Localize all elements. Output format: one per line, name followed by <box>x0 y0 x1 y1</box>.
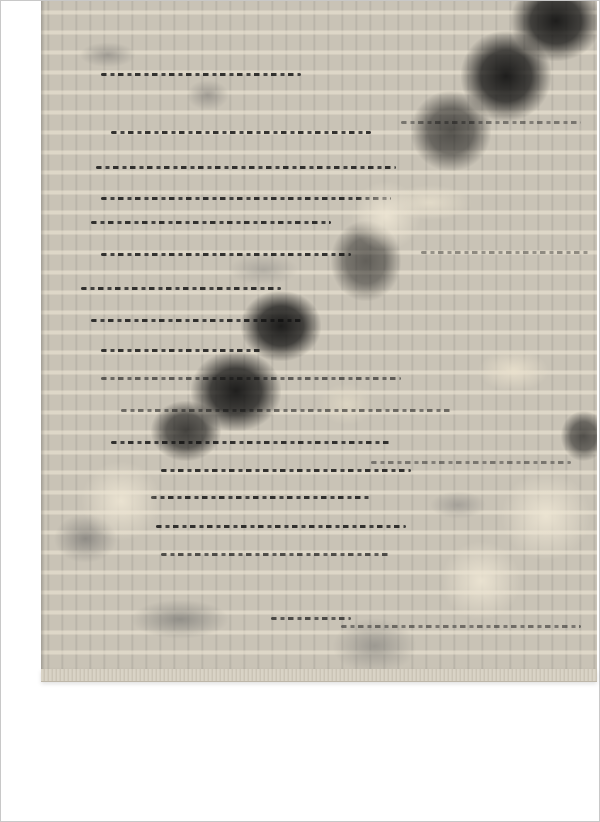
rug-cream-highlight <box>351 181 421 251</box>
rug-corner-photo <box>41 1 597 673</box>
rug-streak <box>156 525 406 528</box>
rug-left-edge <box>41 1 45 673</box>
rug-streak <box>371 461 571 464</box>
image-frame: Close-up product photo of the bottom-lef… <box>0 0 600 822</box>
rug-streak <box>101 197 391 200</box>
rug-streak <box>161 553 391 556</box>
rug-streak <box>421 251 591 254</box>
rug-serged-edge <box>41 669 597 682</box>
rug-streak <box>341 625 581 628</box>
rug-diagonal-stroke <box>411 91 491 171</box>
rug-streak <box>101 253 351 256</box>
rug-streak <box>151 496 371 499</box>
rug-accent-mark <box>561 411 597 461</box>
rug-streak <box>101 73 301 76</box>
rug-diagonal-stroke <box>151 401 221 461</box>
rug-cream-highlight <box>81 461 161 541</box>
rug-streak <box>111 131 371 134</box>
rug-streak <box>91 221 331 224</box>
rug-streak <box>271 617 351 620</box>
rug-streak <box>161 469 411 472</box>
rug-streak <box>96 166 396 169</box>
rug-cream-highlight <box>441 541 521 621</box>
rug-streak <box>81 287 281 290</box>
